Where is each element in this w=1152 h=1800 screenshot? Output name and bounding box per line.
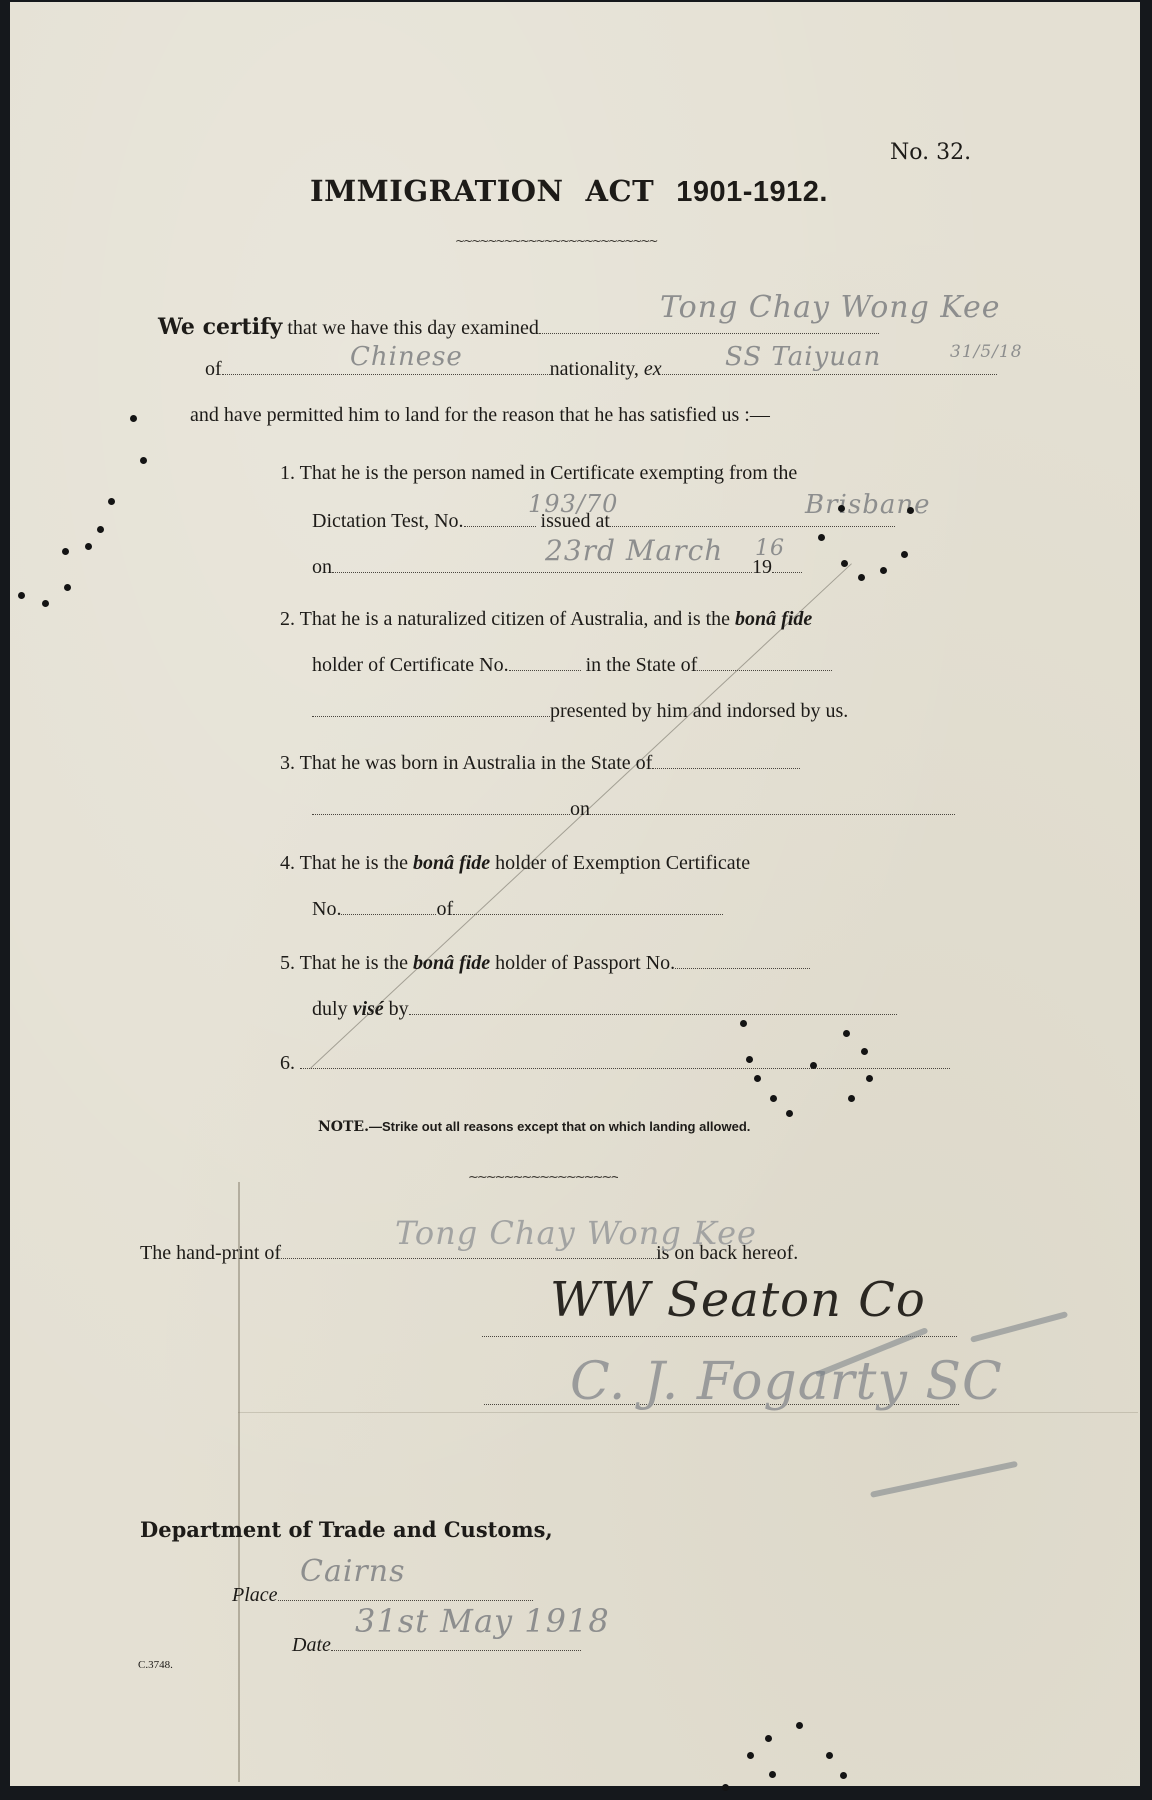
form-number: No. 32. xyxy=(890,140,971,165)
reason-1-number: 1. xyxy=(280,462,295,484)
punch-hole xyxy=(880,567,887,574)
bona-fide-italic: bonâ fide xyxy=(413,952,490,974)
by-label: by xyxy=(389,998,409,1020)
punch-hole xyxy=(18,592,25,599)
reason-5-line-1: 5. That he is the bonâ fide holder of Pa… xyxy=(280,952,810,975)
ink-smear xyxy=(970,1311,1068,1343)
punch-hole xyxy=(866,1075,873,1082)
punch-hole xyxy=(747,1752,754,1759)
reason-4-number: 4. xyxy=(280,852,295,874)
signature-1: WW Seaton Co xyxy=(550,1272,926,1328)
reason-5-text-a: That he is the xyxy=(300,952,408,974)
punch-hole xyxy=(130,415,137,422)
state-of-label: in the State of xyxy=(586,654,698,676)
punch-hole xyxy=(740,1020,747,1027)
place-value: Cairns xyxy=(300,1554,406,1589)
nationality-value: Chinese xyxy=(350,342,463,372)
reason-4-no-label: No. xyxy=(312,898,341,920)
punch-hole xyxy=(97,526,104,533)
department-name: Department of Trade and Customs, xyxy=(140,1517,553,1542)
punch-hole xyxy=(765,1735,772,1742)
examined-name-value: Tong Chay Wong Kee xyxy=(660,290,1001,325)
reason-4-no-field[interactable] xyxy=(341,900,436,915)
punch-hole xyxy=(858,574,865,581)
handprint-label: The hand-print of xyxy=(140,1242,281,1264)
ex-label: ex xyxy=(644,358,662,380)
reason-6-line: 6. xyxy=(280,1052,950,1075)
on-label: on xyxy=(312,556,332,578)
punch-hole xyxy=(796,1722,803,1729)
punch-hole xyxy=(140,457,147,464)
ex-value: SS Taiyuan xyxy=(725,342,881,372)
punch-hole xyxy=(85,543,92,550)
punch-hole xyxy=(907,507,914,514)
reason-5-number: 5. xyxy=(280,952,295,974)
ex-date-annotation: 31/5/18 xyxy=(950,342,1023,362)
punch-hole xyxy=(754,1075,761,1082)
certify-text: that we have this day examined xyxy=(287,317,539,339)
bona-fide-italic: bonâ fide xyxy=(413,852,490,874)
title-years: 1901-1912. xyxy=(676,176,828,208)
reason-3-date-field[interactable] xyxy=(590,800,955,815)
passport-no-field[interactable] xyxy=(675,954,810,969)
presented-text: presented by him and indorsed by us. xyxy=(550,700,848,722)
punch-hole xyxy=(64,584,71,591)
handprint-name-value: Tong Chay Wong Kee xyxy=(395,1214,757,1252)
reason-2-line-1: 2. That he is a naturalized citizen of A… xyxy=(280,608,812,631)
reason-2-certificate-field[interactable] xyxy=(509,656,581,671)
reason-6-field[interactable] xyxy=(300,1054,950,1069)
permitted-text: and have permitted him to land for the r… xyxy=(190,404,770,427)
reason-3-on-label: on xyxy=(570,798,590,820)
punch-hole xyxy=(746,1056,753,1063)
note-text: —Strike out all reasons except that on w… xyxy=(369,1119,750,1134)
bona-fide-italic: bonâ fide xyxy=(735,608,812,630)
punch-hole xyxy=(848,1095,855,1102)
on-date-value: 23rd March xyxy=(545,534,723,567)
reason-5-text-b: holder of Passport No. xyxy=(495,952,675,974)
note-label: NOTE. xyxy=(318,1119,369,1135)
reason-4-of-field[interactable] xyxy=(453,900,723,915)
of-label: of xyxy=(205,358,222,380)
vise-by-field[interactable] xyxy=(409,1000,897,1015)
reason-4-text-b: holder of Exemption Certificate xyxy=(495,852,750,874)
punch-hole xyxy=(843,1030,850,1037)
reason-4-line-2: No.of xyxy=(312,898,723,921)
punch-hole xyxy=(770,1095,777,1102)
reason-2-blank-field[interactable] xyxy=(312,702,550,717)
reason-3-number: 3. xyxy=(280,752,295,774)
reason-3-state-field[interactable] xyxy=(652,754,800,769)
reason-2-number: 2. xyxy=(280,608,295,630)
punch-hole xyxy=(818,534,825,541)
reason-4-line-1: 4. That he is the bonâ fide holder of Ex… xyxy=(280,852,750,875)
punch-hole xyxy=(722,1784,729,1791)
place-label: Place xyxy=(232,1584,278,1606)
reason-2-line-2: holder of Certificate No. in the State o… xyxy=(312,654,832,677)
duly-label: duly xyxy=(312,998,348,1020)
reason-4-text-a: That he is the xyxy=(300,852,408,874)
reason-4-of-label: of xyxy=(436,898,453,920)
ink-smear xyxy=(870,1461,1018,1498)
date-label: Date xyxy=(292,1634,331,1656)
ornament-divider: ~~~~~~~~~~~~~~~~~~~~~~~~~ xyxy=(455,234,656,248)
signature-2: C. J. Fogarty SC xyxy=(570,1352,1003,1412)
ornament-divider-2: ~~~~~~~~~~~~~~~~~~~~~~~~~ xyxy=(468,1170,618,1185)
reason-3-blank-field[interactable] xyxy=(312,800,570,815)
punch-hole xyxy=(769,1771,776,1778)
punch-hole xyxy=(42,600,49,607)
title-act: ACT xyxy=(586,174,655,208)
reason-6-number: 6. xyxy=(280,1052,295,1074)
nationality-label: nationality, xyxy=(550,358,639,380)
title-immigration: IMMIGRATION xyxy=(310,174,564,208)
vise-italic: visé xyxy=(353,998,384,1020)
reason-3-line-2: on xyxy=(312,798,955,821)
holder-certificate-label: holder of Certificate No. xyxy=(312,654,509,676)
reason-2-state-field[interactable] xyxy=(697,656,832,671)
punch-hole xyxy=(841,560,848,567)
reason-1-text: That he is the person named in Certifica… xyxy=(300,462,798,484)
fold-line-vertical xyxy=(238,1182,240,1782)
print-code: C.3748. xyxy=(138,1659,173,1671)
reason-1-line-1: 1. That he is the person named in Certif… xyxy=(280,462,797,485)
punch-hole xyxy=(810,1062,817,1069)
certify-intro: We certify xyxy=(158,314,282,340)
reason-3-line-1: 3. That he was born in Australia in the … xyxy=(280,752,800,775)
reason-2-line-3: presented by him and indorsed by us. xyxy=(312,700,848,723)
note: NOTE.—Strike out all reasons except that… xyxy=(318,1119,750,1135)
year-value: 16 xyxy=(755,536,785,561)
punch-hole xyxy=(838,505,845,512)
issued-at-value: Brisbane xyxy=(805,490,930,520)
punch-hole xyxy=(826,1752,833,1759)
fold-line-horizontal xyxy=(238,1412,1138,1413)
punch-hole xyxy=(861,1048,868,1055)
reason-3-text: That he was born in Australia in the Sta… xyxy=(300,752,653,774)
reason-5-line-2: duly visé by xyxy=(312,998,897,1021)
punch-hole xyxy=(840,1772,847,1779)
reason-2-text: That he is a naturalized citizen of Aust… xyxy=(300,608,730,630)
dictation-test-label: Dictation Test, No. xyxy=(312,510,464,532)
certificate-no-value: 193/70 xyxy=(528,490,618,518)
punch-hole xyxy=(62,548,69,555)
document-page: No. 32. IMMIGRATIONACT1901-1912. ~~~~~~~… xyxy=(10,2,1140,1786)
punch-hole xyxy=(901,551,908,558)
punch-hole xyxy=(786,1110,793,1117)
certificate-no-field[interactable] xyxy=(464,512,536,527)
punch-hole xyxy=(108,498,115,505)
page-title: IMMIGRATIONACT1901-1912. xyxy=(310,174,828,209)
date-value: 31st May 1918 xyxy=(355,1602,610,1640)
